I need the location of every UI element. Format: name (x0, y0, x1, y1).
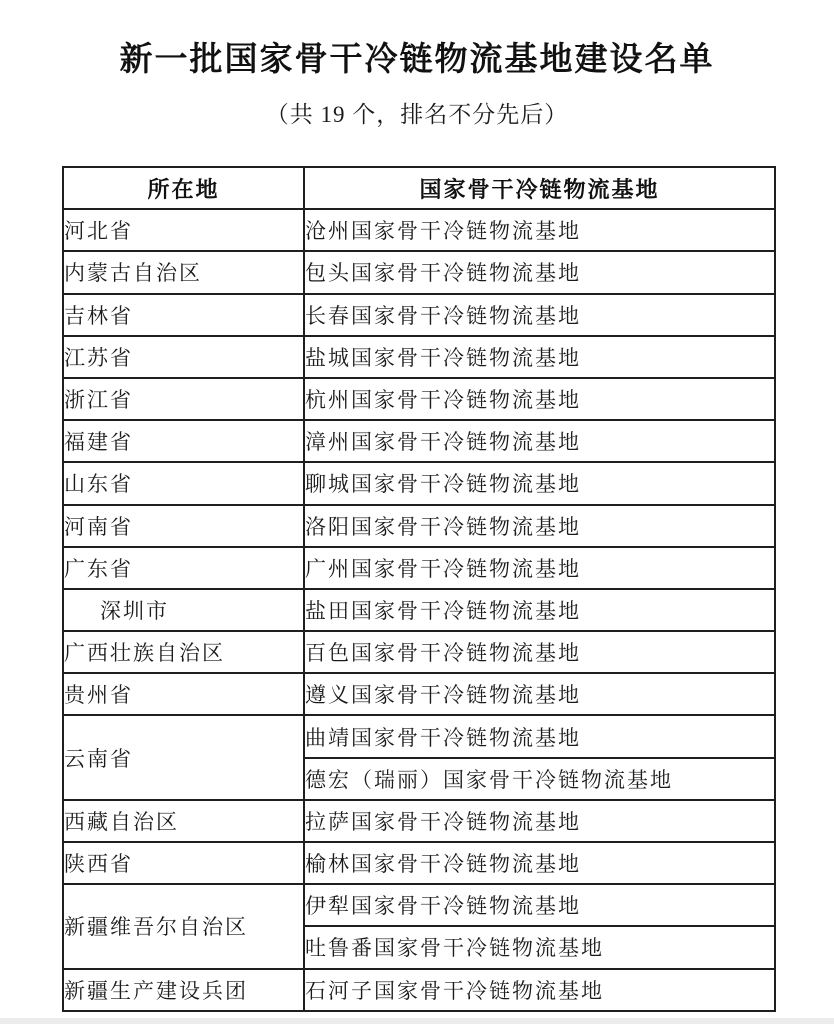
region-cell: 山东省 (63, 462, 304, 504)
table-row: 河南省洛阳国家骨干冷链物流基地 (63, 505, 775, 547)
base-cell: 聊城国家骨干冷链物流基地 (304, 462, 775, 504)
base-cell: 遵义国家骨干冷链物流基地 (304, 673, 775, 715)
table-row: 广西壮族自治区百色国家骨干冷链物流基地 (63, 631, 775, 673)
base-cell: 盐田国家骨干冷链物流基地 (304, 589, 775, 631)
table-row: 内蒙古自治区包头国家骨干冷链物流基地 (63, 251, 775, 293)
base-cell: 石河子国家骨干冷链物流基地 (304, 969, 775, 1011)
table-row: 云南省曲靖国家骨干冷链物流基地 (63, 715, 775, 757)
base-cell: 长春国家骨干冷链物流基地 (304, 294, 775, 336)
page-subtitle: （共 19 个，排名不分先后） (0, 96, 834, 129)
region-cell: 福建省 (63, 420, 304, 462)
region-cell: 江苏省 (63, 336, 304, 378)
table-row: 西藏自治区拉萨国家骨干冷链物流基地 (63, 800, 775, 842)
region-cell: 吉林省 (63, 294, 304, 336)
base-cell: 杭州国家骨干冷链物流基地 (304, 378, 775, 420)
base-cell: 包头国家骨干冷链物流基地 (304, 251, 775, 293)
base-cell: 百色国家骨干冷链物流基地 (304, 631, 775, 673)
region-cell: 浙江省 (63, 378, 304, 420)
region-cell: 河南省 (63, 505, 304, 547)
page-title: 新一批国家骨干冷链物流基地建设名单 (0, 33, 834, 80)
base-cell: 拉萨国家骨干冷链物流基地 (304, 800, 775, 842)
region-cell: 西藏自治区 (63, 800, 304, 842)
base-cell: 伊犁国家骨干冷链物流基地 (304, 884, 775, 926)
region-cell: 内蒙古自治区 (63, 251, 304, 293)
region-cell: 贵州省 (63, 673, 304, 715)
region-cell: 陕西省 (63, 842, 304, 884)
base-cell: 吐鲁番国家骨干冷链物流基地 (304, 926, 775, 968)
table-body: 河北省沧州国家骨干冷链物流基地内蒙古自治区包头国家骨干冷链物流基地吉林省长春国家… (63, 209, 775, 1011)
base-cell: 曲靖国家骨干冷链物流基地 (304, 715, 775, 757)
region-cell: 深圳市 (63, 589, 304, 631)
header-region: 所在地 (63, 167, 304, 209)
base-cell: 德宏（瑞丽）国家骨干冷链物流基地 (304, 758, 775, 800)
base-cell: 漳州国家骨干冷链物流基地 (304, 420, 775, 462)
table-row: 深圳市盐田国家骨干冷链物流基地 (63, 589, 775, 631)
region-cell: 新疆维吾尔自治区 (63, 884, 304, 968)
table-row: 广东省广州国家骨干冷链物流基地 (63, 547, 775, 589)
table-row: 河北省沧州国家骨干冷链物流基地 (63, 209, 775, 251)
page-edge-strip (0, 1018, 834, 1024)
base-cell: 沧州国家骨干冷链物流基地 (304, 209, 775, 251)
region-cell: 新疆生产建设兵团 (63, 969, 304, 1011)
header-base: 国家骨干冷链物流基地 (304, 167, 775, 209)
region-cell: 云南省 (63, 715, 304, 799)
table-row: 山东省聊城国家骨干冷链物流基地 (63, 462, 775, 504)
table-row: 吉林省长春国家骨干冷链物流基地 (63, 294, 775, 336)
region-cell: 广东省 (63, 547, 304, 589)
table-row: 浙江省杭州国家骨干冷链物流基地 (63, 378, 775, 420)
region-cell: 广西壮族自治区 (63, 631, 304, 673)
table-row: 陕西省榆林国家骨干冷链物流基地 (63, 842, 775, 884)
table-row: 新疆生产建设兵团石河子国家骨干冷链物流基地 (63, 969, 775, 1011)
document-page: 新一批国家骨干冷链物流基地建设名单 （共 19 个，排名不分先后） 所在地 国家… (0, 0, 834, 1024)
table-header-row: 所在地 国家骨干冷链物流基地 (63, 167, 775, 209)
table-row: 贵州省遵义国家骨干冷链物流基地 (63, 673, 775, 715)
table-row: 江苏省盐城国家骨干冷链物流基地 (63, 336, 775, 378)
base-cell: 榆林国家骨干冷链物流基地 (304, 842, 775, 884)
base-cell: 洛阳国家骨干冷链物流基地 (304, 505, 775, 547)
region-cell: 河北省 (63, 209, 304, 251)
table-row: 福建省漳州国家骨干冷链物流基地 (63, 420, 775, 462)
bases-table: 所在地 国家骨干冷链物流基地 河北省沧州国家骨干冷链物流基地内蒙古自治区包头国家… (62, 166, 776, 1012)
base-cell: 盐城国家骨干冷链物流基地 (304, 336, 775, 378)
table-row: 新疆维吾尔自治区伊犁国家骨干冷链物流基地 (63, 884, 775, 926)
base-cell: 广州国家骨干冷链物流基地 (304, 547, 775, 589)
